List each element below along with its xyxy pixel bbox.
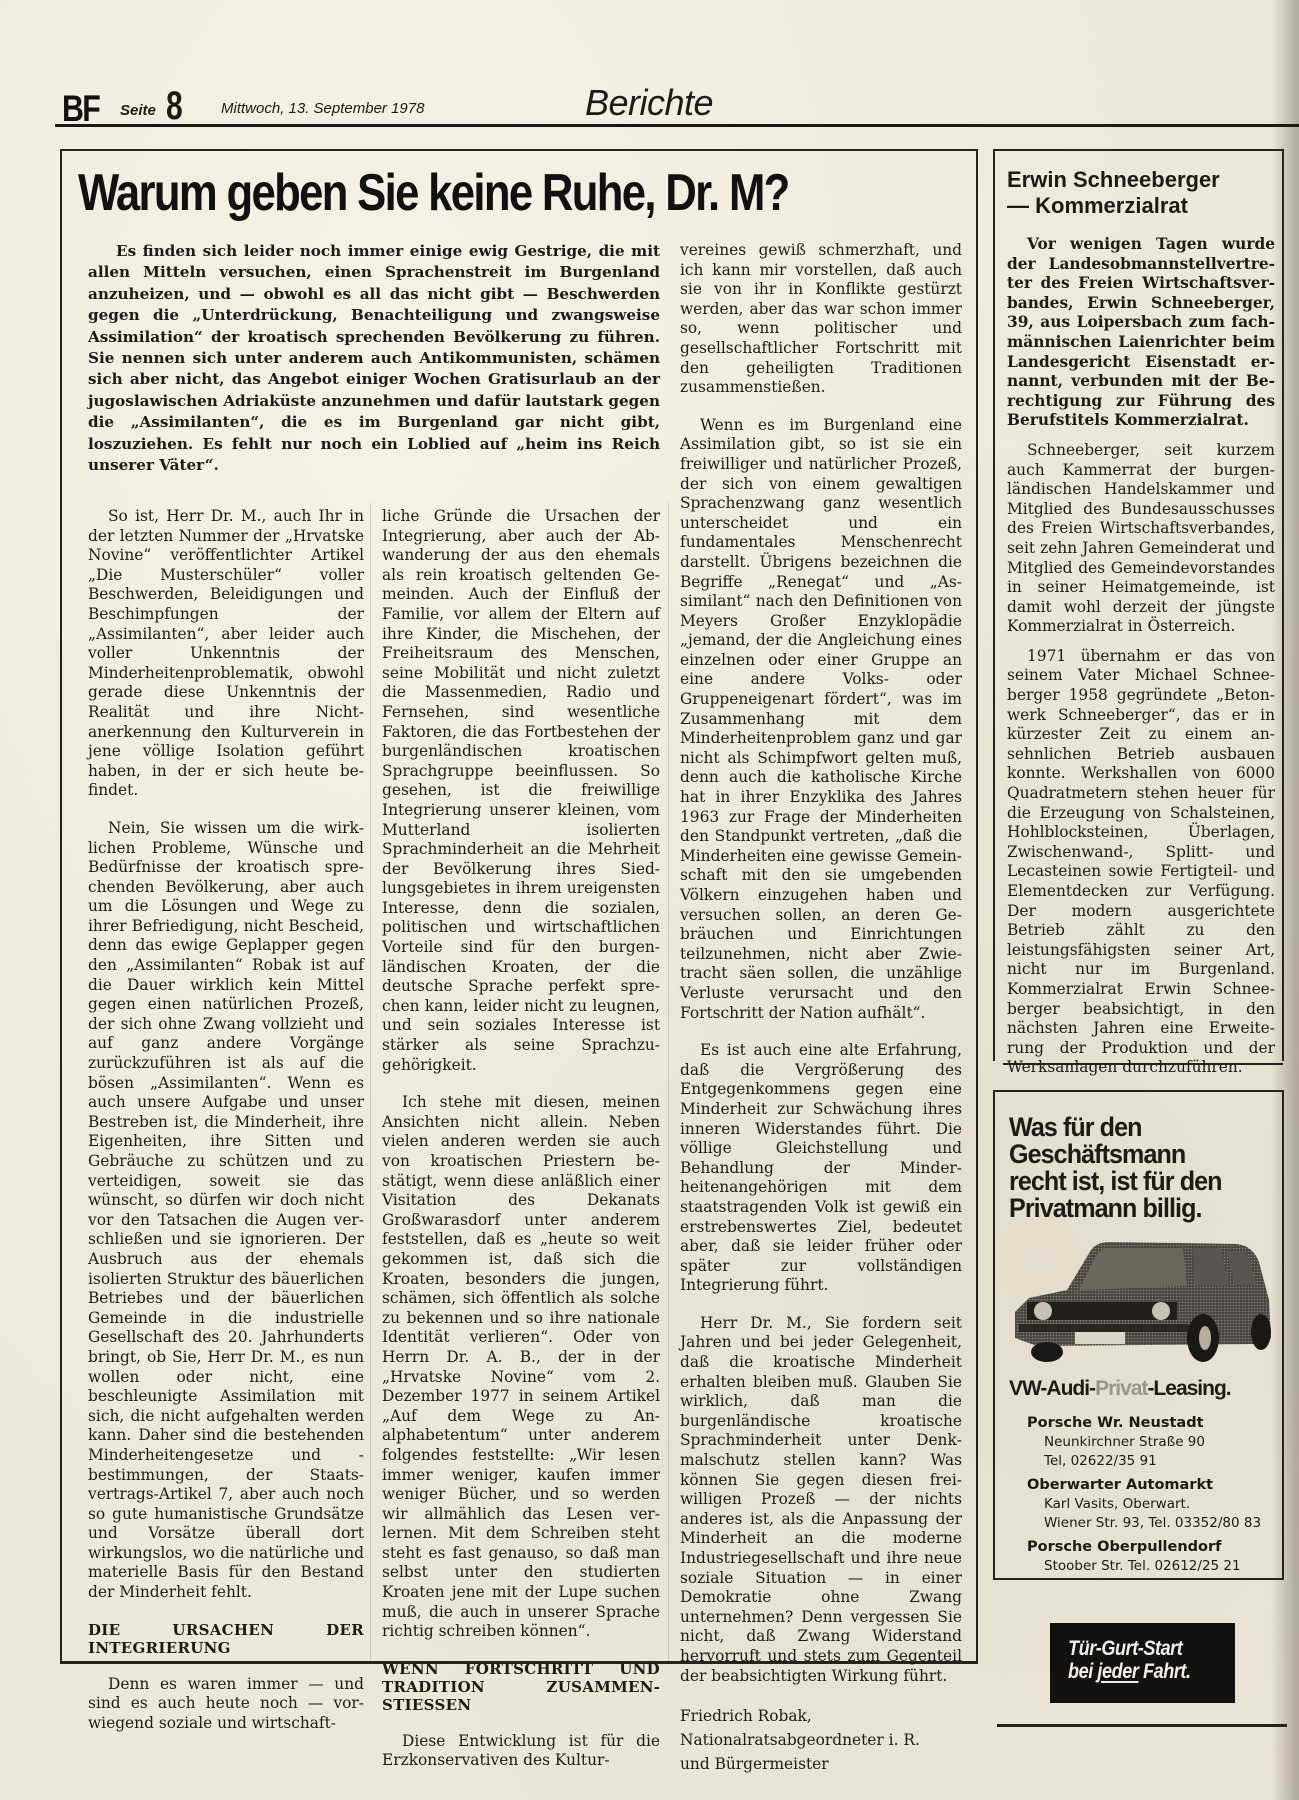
side-notice-rule xyxy=(1003,1063,1283,1065)
main-article: Warum geben Sie keine Ruhe, Dr. M? Es fi… xyxy=(60,149,978,1664)
ad-headline-line: Privatmann billig. xyxy=(1009,1195,1260,1222)
section-title: Berichte xyxy=(585,82,713,124)
dealer-listing: Oberwarter Automarkt Karl Vasits, Oberwa… xyxy=(1027,1476,1277,1533)
paragraph: Ich stehe mit diesen, meinen Ansichten n… xyxy=(382,1093,660,1642)
paragraph: Wenn es im Burgenland eine Assimilation … xyxy=(680,416,962,1023)
paragraph: So ist, Herr Dr. M., auch Ihr in der let… xyxy=(88,507,364,801)
ad-headline: Was für den Geschäftsmann recht ist, ist… xyxy=(1009,1114,1260,1222)
author-role: und Bürgermeister xyxy=(680,1752,962,1776)
dealer-address: Karl Vasits, Oberwart. xyxy=(1027,1495,1277,1514)
car-photo xyxy=(1007,1220,1275,1370)
article-headline: Warum geben Sie keine Ruhe, Dr. M? xyxy=(78,163,834,223)
article-column-3: vereines gewiß schmerzhaft, und ich kann… xyxy=(680,241,962,1776)
article-column-1: So ist, Herr Dr. M., auch Ihr in der let… xyxy=(88,507,364,1751)
title-line: Erwin Schneeberger xyxy=(1007,167,1277,193)
article-lead: Es finden sich leider noch immer einige … xyxy=(88,241,660,476)
author-name: Friedrich Robak, xyxy=(680,1704,962,1728)
paragraph: Es ist auch eine alte Erfah­rung, daß di… xyxy=(680,1041,962,1296)
paragraph: 1971 übernahm er das von seinem Vater Mi… xyxy=(1007,647,1275,1078)
dealer-name: Oberwarter Automarkt xyxy=(1027,1476,1277,1495)
ad-leasing-slogan: VW-Audi-Privat-Leasing. xyxy=(1009,1377,1279,1401)
author-signature: Friedrich Robak, Nationalratsabgeordnete… xyxy=(680,1704,962,1776)
ad-headline-line: Geschäftsmann xyxy=(1009,1141,1260,1168)
paragraph: Diese Entwicklung ist für die Erzkonserv… xyxy=(382,1732,660,1771)
dealer-listing: Porsche Wr. Neustadt Neunkirchner Straße… xyxy=(1027,1414,1277,1471)
title-line: — Kommerzialrat xyxy=(1007,193,1277,219)
author-title: Nationalratsabgeordneter i. R. xyxy=(680,1728,962,1752)
dealer-phone: Tel, 02622/35 91 xyxy=(1027,1452,1277,1471)
vw-leasing-ad: Was für den Geschäftsmann recht ist, ist… xyxy=(993,1090,1284,1580)
column-divider xyxy=(370,503,371,1663)
article-column-2: liche Gründe die Ursachen der Integrieru… xyxy=(382,507,660,1789)
dealer-name: Porsche Oberpullendorf xyxy=(1027,1538,1277,1557)
bottom-rule xyxy=(997,1724,1287,1727)
masthead-rule xyxy=(55,124,1299,127)
column-divider xyxy=(668,503,669,1663)
ad-headline-line: Was für den xyxy=(1009,1114,1260,1141)
paragraph: Schneeberger, seit kurzem auch Kammerrat… xyxy=(1007,441,1275,637)
page-label: Seite xyxy=(120,102,156,119)
side-notice-title: Erwin Schneeberger — Kommerzialrat xyxy=(1007,167,1277,219)
subheading: WENN FORTSCHRITT UND TRADITION ZUSAMMEN­… xyxy=(382,1660,660,1714)
side-notice-body: Vor wenigen Tagen wurde der Landesobmann… xyxy=(1007,235,1275,1088)
side-notice: Erwin Schneeberger — Kommerzialrat Vor w… xyxy=(993,149,1284,1061)
paragraph: vereines gewiß schmerzhaft, und ich kann… xyxy=(680,241,962,398)
dealer-name: Porsche Wr. Neustadt xyxy=(1027,1414,1277,1433)
masthead: BF Seite 8 Mittwoch, 13. September 1978 … xyxy=(60,82,1299,130)
seatbelt-safety-ad: Tür-Gurt-Start bei jeder Fahrt. xyxy=(1050,1623,1235,1703)
issue-date: Mittwoch, 13. September 1978 xyxy=(221,100,424,117)
dealer-phone: Wiener Str. 93, Tel. 03352/80 83 xyxy=(1027,1514,1277,1533)
page-number: 8 xyxy=(166,84,183,129)
subheading: DIE URSACHEN DER INTEGRIERUNG xyxy=(88,1621,364,1657)
paragraph: Vor wenigen Tagen wurde der Landesobmann… xyxy=(1007,235,1275,431)
paragraph: Herr Dr. M., Sie fordern seit Jahren und… xyxy=(680,1314,962,1686)
paragraph: Denn es waren immer — und sind es auch h… xyxy=(88,1675,364,1734)
dealer-phone: Stoober Str. Tel. 02612/25 21 xyxy=(1027,1557,1277,1576)
dealer-listing: Porsche Oberpullendorf Stoober Str. Tel.… xyxy=(1027,1538,1277,1576)
car-icon xyxy=(1007,1220,1275,1370)
dealer-address: Neunkirchner Straße 90 xyxy=(1027,1433,1277,1452)
paragraph: liche Gründe die Ursachen der Integrieru… xyxy=(382,507,660,1075)
ad-headline-line: recht ist, ist für den xyxy=(1009,1168,1260,1195)
paragraph: Nein, Sie wissen um die wirk­lichen Prob… xyxy=(88,819,364,1603)
safety-slogan: Tür-Gurt-Start bei jeder Fahrt. xyxy=(1068,1637,1191,1683)
